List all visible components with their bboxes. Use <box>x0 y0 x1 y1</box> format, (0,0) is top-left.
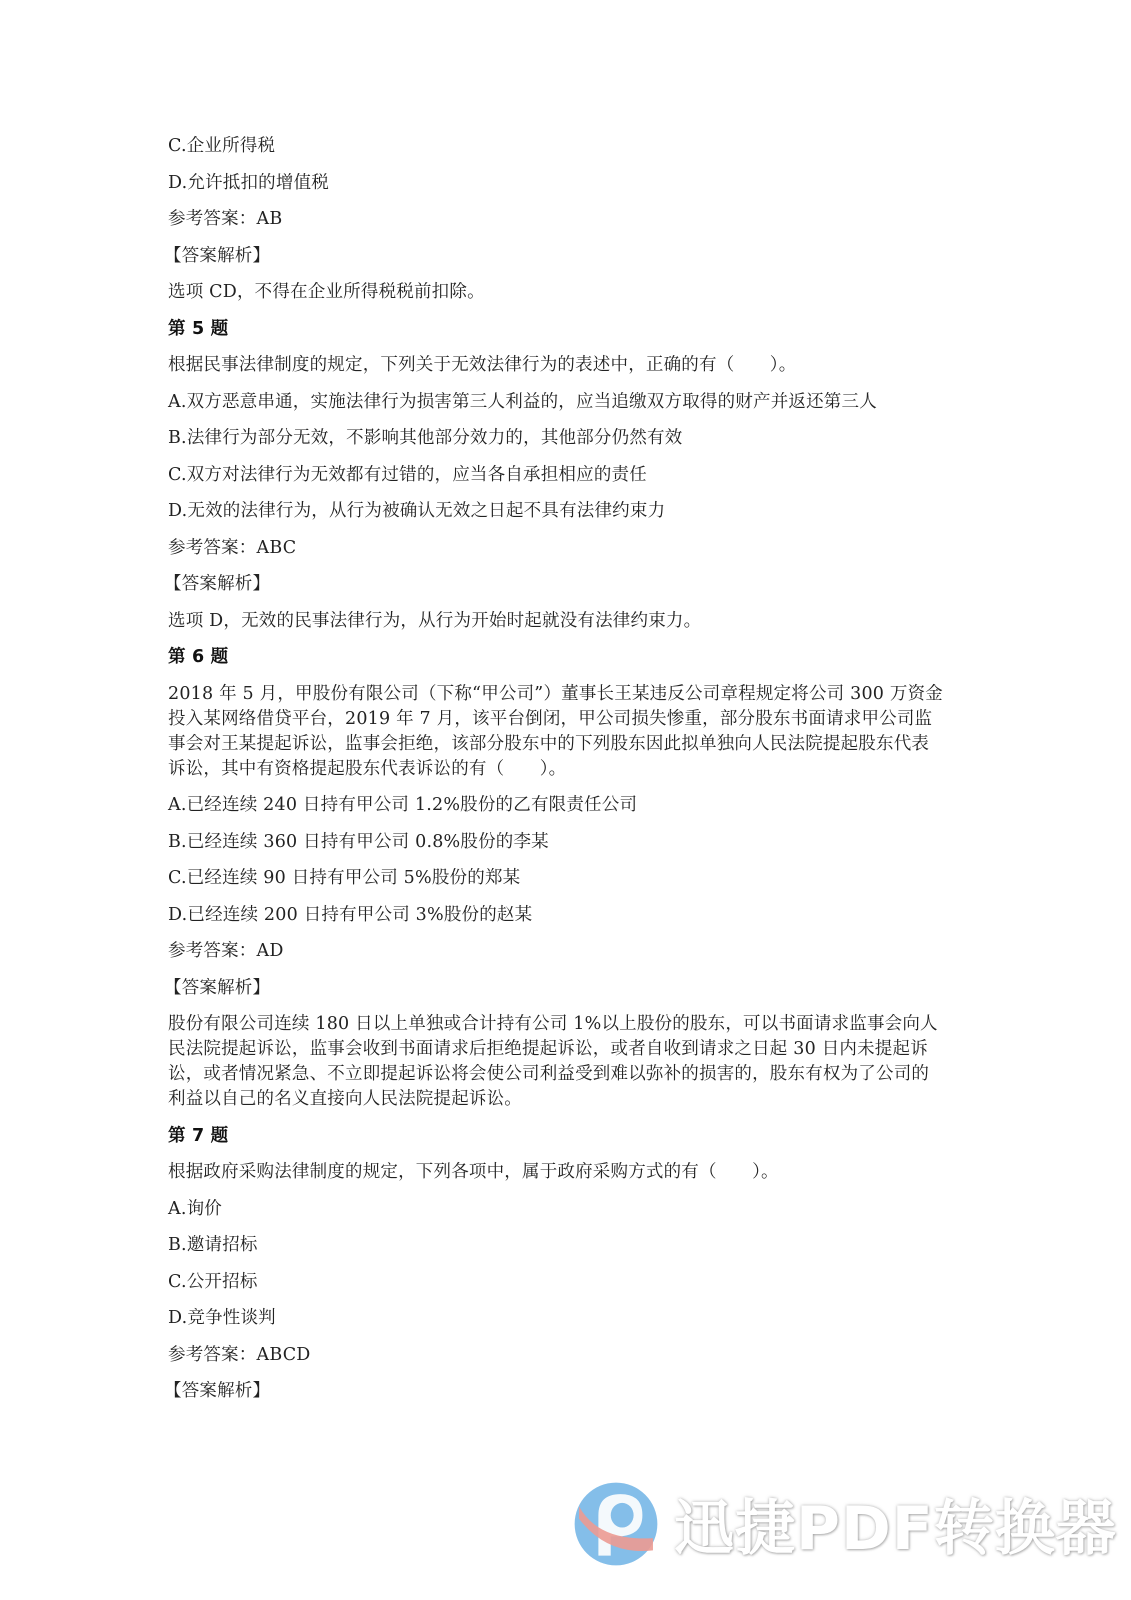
reference-answer: 参考答案：AB <box>168 207 943 232</box>
reference-answer: 参考答案：ABCD <box>168 1343 943 1368</box>
analysis-label: 【答案解析】 <box>164 572 943 597</box>
question-text: 2018 年 5 月，甲股份有限公司（下称“甲公司”）董事长王某违反公司章程规定… <box>168 682 943 782</box>
option-line: A.双方恶意串通，实施法律行为损害第三人利益的，应当追缴双方取得的财产并返还第三… <box>168 390 943 415</box>
option-line: C.已经连续 90 日持有甲公司 5%股份的郑某 <box>168 866 943 891</box>
reference-answer: 参考答案：AD <box>168 939 943 964</box>
option-line: A.已经连续 240 日持有甲公司 1.2%股份的乙有限责任公司 <box>168 793 943 818</box>
document-page: C.企业所得税 D.允许抵扣的增值税 参考答案：AB 【答案解析】 选项 CD，… <box>168 134 943 1416</box>
reference-answer: 参考答案：ABC <box>168 536 943 561</box>
option-line: C.公开招标 <box>168 1270 943 1295</box>
analysis-text: 选项 CD，不得在企业所得税税前扣除。 <box>168 280 943 305</box>
question-heading: 第 5 题 <box>168 317 943 342</box>
analysis-label: 【答案解析】 <box>164 976 943 1001</box>
analysis-label: 【答案解析】 <box>164 244 943 269</box>
analysis-text: 股份有限公司连续 180 日以上单独或合计持有公司 1%以上股份的股东，可以书面… <box>168 1012 943 1112</box>
question-text: 根据政府采购法律制度的规定，下列各项中，属于政府采购方式的有（ ）。 <box>168 1160 943 1185</box>
analysis-text: 选项 D，无效的民事法律行为，从行为开始时起就没有法律约束力。 <box>168 609 943 634</box>
analysis-label: 【答案解析】 <box>164 1379 943 1404</box>
option-line: C.双方对法律行为无效都有过错的，应当各自承担相应的责任 <box>168 463 943 488</box>
option-line: C.企业所得税 <box>168 134 943 159</box>
question-heading: 第 6 题 <box>168 645 943 670</box>
option-line: D.竞争性谈判 <box>168 1306 943 1331</box>
watermark-text: 迅捷PDF转换器 <box>674 1481 1117 1567</box>
question-heading: 第 7 题 <box>168 1124 943 1149</box>
option-line: D.允许抵扣的增值税 <box>168 171 943 196</box>
option-line: D.已经连续 200 日持有甲公司 3%股份的赵某 <box>168 903 943 928</box>
option-line: B.已经连续 360 日持有甲公司 0.8%股份的李某 <box>168 830 943 855</box>
option-line: D.无效的法律行为，从行为被确认无效之日起不具有法律约束力 <box>168 499 943 524</box>
question-text: 根据民事法律制度的规定，下列关于无效法律行为的表述中，正确的有（ ）。 <box>168 353 943 378</box>
option-line: B.邀请招标 <box>168 1233 943 1258</box>
option-line: B.法律行为部分无效，不影响其他部分效力的，其他部分仍然有效 <box>168 426 943 451</box>
xunjie-pdf-logo-icon <box>572 1480 660 1568</box>
option-line: A.询价 <box>168 1197 943 1222</box>
watermark: 迅捷PDF转换器 <box>572 1478 1117 1570</box>
